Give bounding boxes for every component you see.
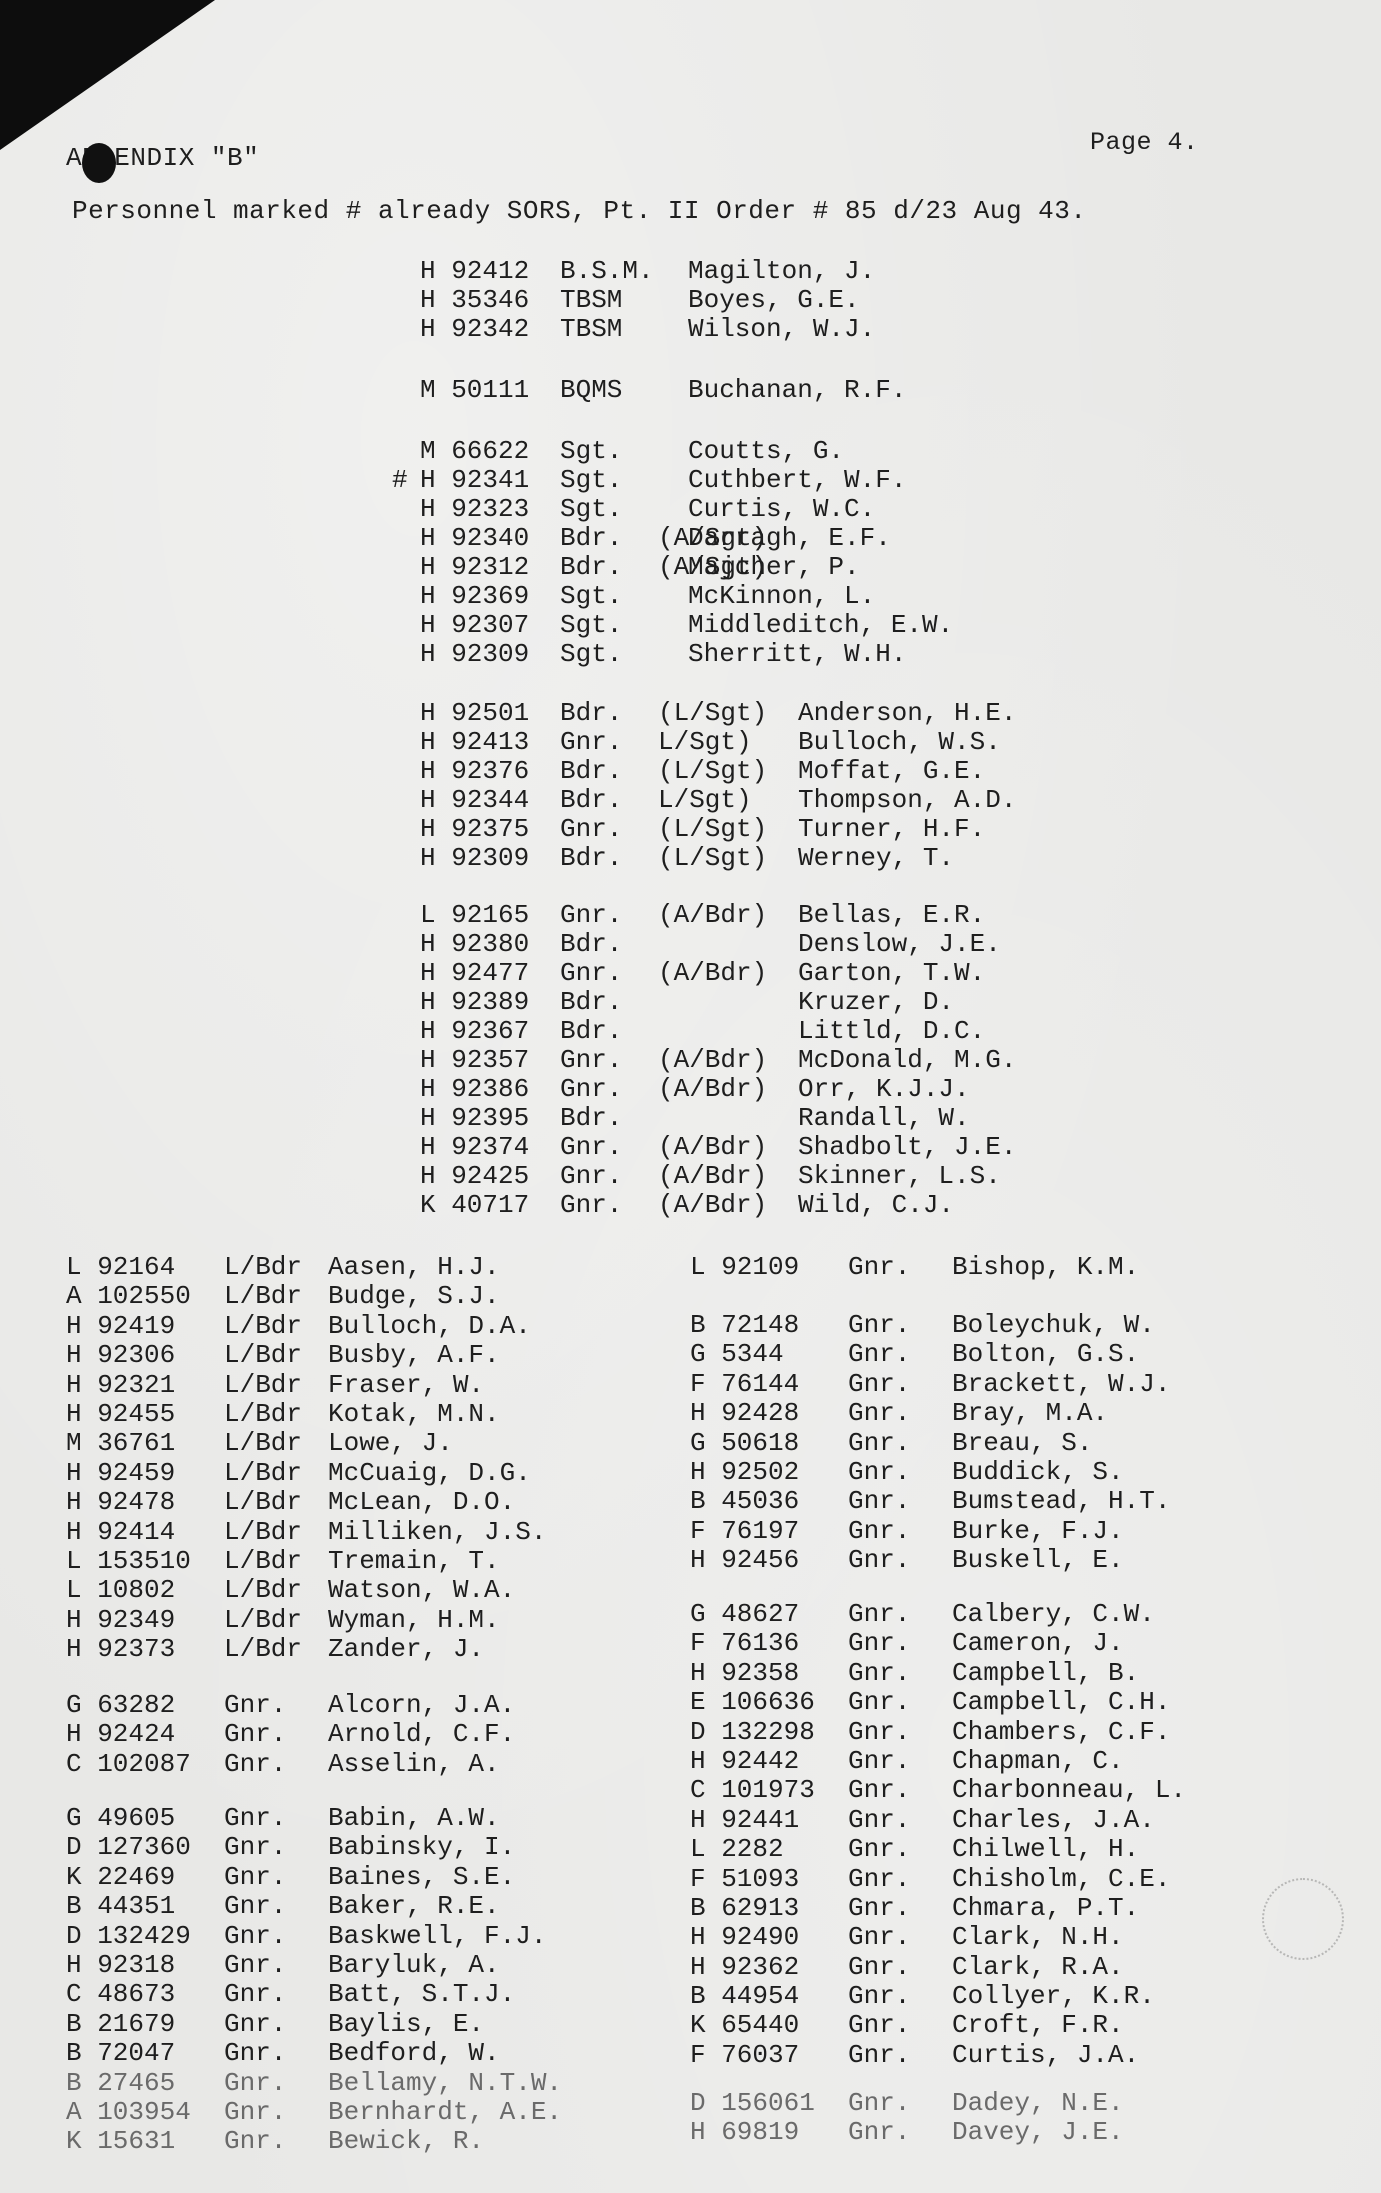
personnel-name: Babin, A.W. <box>328 1803 500 1833</box>
personnel-name: Asselin, A. <box>328 1749 500 1779</box>
personnel-name: Baskwell, F.J. <box>328 1921 546 1951</box>
personnel-reg: H 92312 <box>420 552 529 582</box>
personnel-name: Orr, K.J.J. <box>798 1074 970 1104</box>
personnel-reg: L 92109 <box>690 1252 799 1282</box>
personnel-reg: M 66622 <box>420 436 529 466</box>
personnel-rank: Bdr. <box>560 552 622 582</box>
personnel-rank: L/Bdr <box>224 1575 302 1605</box>
personnel-reg: H 92376 <box>420 756 529 786</box>
personnel-rank: Bdr. <box>560 843 622 873</box>
personnel-acting: (A/Bdr) <box>658 1161 767 1191</box>
personnel-reg: C 102087 <box>66 1749 191 1779</box>
personnel-rank: Sgt. <box>560 465 622 495</box>
page-number: Page 4. <box>1090 128 1199 157</box>
personnel-name: Sherritt, W.H. <box>688 639 906 669</box>
personnel-rank: Gnr. <box>848 1398 910 1428</box>
personnel-reg: F 76144 <box>690 1369 799 1399</box>
personnel-rank: Gnr. <box>848 1893 910 1923</box>
personnel-reg: M 36761 <box>66 1428 175 1458</box>
personnel-reg: H 92309 <box>420 843 529 873</box>
personnel-rank: Gnr. <box>848 1864 910 1894</box>
personnel-reg: H 92419 <box>66 1311 175 1341</box>
personnel-name: Tremain, T. <box>328 1546 500 1576</box>
personnel-acting: (A/Bdr) <box>658 1074 767 1104</box>
personnel-name: Boleychuk, W. <box>952 1310 1155 1340</box>
personnel-reg: H 92380 <box>420 929 529 959</box>
personnel-rank: Gnr. <box>848 1981 910 2011</box>
personnel-rank: Sgt. <box>560 494 622 524</box>
ink-blot <box>82 143 116 183</box>
personnel-name: Anderson, H.E. <box>798 698 1016 728</box>
personnel-name: Skinner, L.S. <box>798 1161 1001 1191</box>
personnel-reg: B 72148 <box>690 1310 799 1340</box>
personnel-rank: Gnr. <box>848 1545 910 1575</box>
personnel-rank: BQMS <box>560 375 622 405</box>
personnel-reg: F 76136 <box>690 1628 799 1658</box>
personnel-name: Dadey, N.E. <box>952 2088 1124 2118</box>
personnel-reg: B 21679 <box>66 2009 175 2039</box>
personnel-rank: Gnr. <box>848 1834 910 1864</box>
personnel-name: Budge, S.J. <box>328 1281 500 1311</box>
personnel-name: Zander, J. <box>328 1634 484 1664</box>
personnel-reg: H 92321 <box>66 1370 175 1400</box>
personnel-mark: # <box>392 465 408 495</box>
personnel-reg: K 22469 <box>66 1862 175 1892</box>
personnel-rank: B.S.M. <box>560 256 654 286</box>
personnel-reg: F 76037 <box>690 2040 799 2070</box>
personnel-name: Wyman, H.M. <box>328 1605 500 1635</box>
personnel-name: Watson, W.A. <box>328 1575 515 1605</box>
personnel-reg: G 49605 <box>66 1803 175 1833</box>
personnel-rank: Gnr. <box>224 2038 286 2068</box>
personnel-reg: H 92309 <box>420 639 529 669</box>
personnel-rank: Gnr. <box>848 1717 910 1747</box>
personnel-name: Middleditch, E.W. <box>688 610 953 640</box>
personnel-rank: Gnr. <box>560 727 622 757</box>
personnel-rank: Gnr. <box>848 1687 910 1717</box>
personnel-name: Garton, T.W. <box>798 958 985 988</box>
personnel-reg: D 156061 <box>690 2088 815 2118</box>
personnel-name: Brackett, W.J. <box>952 1369 1170 1399</box>
personnel-name: McLean, D.O. <box>328 1487 515 1517</box>
personnel-rank: Gnr. <box>848 1457 910 1487</box>
personnel-reg: H 92442 <box>690 1746 799 1776</box>
personnel-reg: H 92477 <box>420 958 529 988</box>
personnel-name: Majcher, P. <box>688 552 860 582</box>
personnel-rank: Bdr. <box>560 1016 622 1046</box>
personnel-reg: H 92374 <box>420 1132 529 1162</box>
personnel-reg: A 102550 <box>66 1281 191 1311</box>
personnel-rank: Gnr. <box>848 1369 910 1399</box>
personnel-acting: (L/Sgt) <box>658 814 767 844</box>
personnel-rank: Gnr. <box>560 900 622 930</box>
personnel-name: Magilton, J. <box>688 256 875 286</box>
personnel-reg: H 92306 <box>66 1340 175 1370</box>
personnel-reg: H 92459 <box>66 1458 175 1488</box>
personnel-reg: H 92425 <box>420 1161 529 1191</box>
personnel-rank: Bdr. <box>560 523 622 553</box>
personnel-reg: H 92386 <box>420 1074 529 1104</box>
personnel-name: Chilwell, H. <box>952 1834 1139 1864</box>
personnel-rank: Gnr. <box>560 958 622 988</box>
personnel-reg: F 51093 <box>690 1864 799 1894</box>
personnel-name: Wilson, W.J. <box>688 314 875 344</box>
personnel-name: Calbery, C.W. <box>952 1599 1155 1629</box>
personnel-rank: L/Bdr <box>224 1252 302 1282</box>
personnel-name: Campbell, B. <box>952 1658 1139 1688</box>
personnel-reg: H 92362 <box>690 1952 799 1982</box>
personnel-rank: L/Bdr <box>224 1340 302 1370</box>
personnel-name: Alcorn, J.A. <box>328 1690 515 1720</box>
personnel-rank: L/Bdr <box>224 1399 302 1429</box>
personnel-rank: Gnr. <box>560 814 622 844</box>
personnel-name: McDonald, M.G. <box>798 1045 1016 1075</box>
personnel-rank: L/Bdr <box>224 1458 302 1488</box>
personnel-name: Milliken, J.S. <box>328 1517 546 1547</box>
personnel-name: Babinsky, I. <box>328 1832 515 1862</box>
personnel-rank: Bdr. <box>560 929 622 959</box>
personnel-rank: L/Bdr <box>224 1370 302 1400</box>
personnel-rank: Gnr. <box>848 1339 910 1369</box>
personnel-reg: G 50618 <box>690 1428 799 1458</box>
personnel-name: Denslow, J.E. <box>798 929 1001 959</box>
personnel-reg: D 132298 <box>690 1717 815 1747</box>
personnel-acting: L/Sgt) <box>658 727 752 757</box>
personnel-name: Chambers, C.F. <box>952 1717 1170 1747</box>
personnel-name: Buskell, E. <box>952 1545 1124 1575</box>
personnel-name: Burke, F.J. <box>952 1516 1124 1546</box>
personnel-rank: Gnr. <box>848 1746 910 1776</box>
personnel-reg: G 5344 <box>690 1339 784 1369</box>
personnel-name: Bedford, W. <box>328 2038 500 2068</box>
personnel-rank: L/Bdr <box>224 1605 302 1635</box>
personnel-rank: L/Bdr <box>224 1281 302 1311</box>
personnel-rank: Gnr. <box>224 1749 286 1779</box>
personnel-name: Buchanan, R.F. <box>688 375 906 405</box>
personnel-reg: H 92344 <box>420 785 529 815</box>
personnel-reg: K 40717 <box>420 1190 529 1220</box>
personnel-name: Chapman, C. <box>952 1746 1124 1776</box>
personnel-reg: H 35346 <box>420 285 529 315</box>
personnel-reg: H 92307 <box>420 610 529 640</box>
personnel-name: Baylis, E. <box>328 2009 484 2039</box>
personnel-name: Bumstead, H.T. <box>952 1486 1170 1516</box>
personnel-rank: Gnr. <box>224 1832 286 1862</box>
personnel-name: Turner, H.F. <box>798 814 985 844</box>
personnel-name: Chisholm, C.E. <box>952 1864 1170 1894</box>
personnel-reg: H 92456 <box>690 1545 799 1575</box>
personnel-rank: Sgt. <box>560 581 622 611</box>
personnel-reg: L 92164 <box>66 1252 175 1282</box>
personnel-rank: Gnr. <box>224 2009 286 2039</box>
personnel-reg: H 92490 <box>690 1922 799 1952</box>
personnel-rank: Gnr. <box>224 1891 286 1921</box>
personnel-reg: L 2282 <box>690 1834 784 1864</box>
personnel-rank: Gnr. <box>848 1658 910 1688</box>
personnel-rank: Gnr. <box>224 1950 286 1980</box>
personnel-reg: H 92455 <box>66 1399 175 1429</box>
personnel-name: Curtis, J.A. <box>952 2040 1139 2070</box>
personnel-name: Bewick, R. <box>328 2126 484 2156</box>
personnel-rank: Gnr. <box>224 1921 286 1951</box>
personnel-reg: H 92357 <box>420 1045 529 1075</box>
personnel-name: Breau, S. <box>952 1428 1092 1458</box>
personnel-reg: H 92369 <box>420 581 529 611</box>
personnel-rank: Gnr. <box>224 1862 286 1892</box>
personnel-reg: H 92441 <box>690 1805 799 1835</box>
personnel-rank: Gnr. <box>848 1252 910 1282</box>
personnel-reg: H 92341 <box>420 465 529 495</box>
personnel-name: Kotak, M.N. <box>328 1399 500 1429</box>
personnel-reg: H 92424 <box>66 1719 175 1749</box>
personnel-name: Coutts, G. <box>688 436 844 466</box>
faded-stamp <box>1262 1878 1344 1960</box>
personnel-rank: Gnr. <box>848 2088 910 2118</box>
personnel-rank: TBSM <box>560 314 622 344</box>
personnel-rank: Gnr. <box>848 1599 910 1629</box>
personnel-acting: (A/Bdr) <box>658 958 767 988</box>
personnel-name: Batt, S.T.J. <box>328 1979 515 2009</box>
personnel-rank: Gnr. <box>224 1979 286 2009</box>
personnel-name: Wild, C.J. <box>798 1190 954 1220</box>
personnel-rank: Sgt. <box>560 610 622 640</box>
personnel-rank: Gnr. <box>224 1719 286 1749</box>
personnel-reg: H 92318 <box>66 1950 175 1980</box>
personnel-reg: D 127360 <box>66 1832 191 1862</box>
personnel-reg: D 132429 <box>66 1921 191 1951</box>
personnel-name: Moffat, G.E. <box>798 756 985 786</box>
personnel-reg: H 92389 <box>420 987 529 1017</box>
personnel-name: Shadbolt, J.E. <box>798 1132 1016 1162</box>
personnel-rank: Gnr. <box>848 1310 910 1340</box>
personnel-acting: (L/Sgt) <box>658 843 767 873</box>
personnel-rank: Gnr. <box>848 1922 910 1952</box>
personnel-acting: (A/Bdr) <box>658 1190 767 1220</box>
personnel-reg: G 63282 <box>66 1690 175 1720</box>
personnel-name: Cameron, J. <box>952 1628 1124 1658</box>
personnel-acting: (L/Sgt) <box>658 756 767 786</box>
personnel-name: Fraser, W. <box>328 1370 484 1400</box>
personnel-rank: Gnr. <box>848 1805 910 1835</box>
personnel-rank: Sgt. <box>560 436 622 466</box>
personnel-name: Baker, R.E. <box>328 1891 500 1921</box>
document-page: APPENDIX "B" Page 4. Personnel marked # … <box>0 0 1381 2193</box>
personnel-rank: Gnr. <box>848 1486 910 1516</box>
personnel-reg: H 69819 <box>690 2117 799 2147</box>
personnel-rank: Bdr. <box>560 785 622 815</box>
personnel-name: Darragh, E.F. <box>688 523 891 553</box>
personnel-rank: Gnr. <box>560 1132 622 1162</box>
personnel-rank: Gnr. <box>848 2010 910 2040</box>
personnel-name: McKinnon, L. <box>688 581 875 611</box>
personnel-reg: C 48673 <box>66 1979 175 2009</box>
personnel-rank: Gnr. <box>848 1516 910 1546</box>
personnel-reg: M 50111 <box>420 375 529 405</box>
personnel-name: Randall, W. <box>798 1103 970 1133</box>
personnel-acting: (L/Sgt) <box>658 698 767 728</box>
personnel-acting: (A/Bdr) <box>658 1132 767 1162</box>
personnel-name: Busby, A.F. <box>328 1340 500 1370</box>
personnel-name: Croft, F.R. <box>952 2010 1124 2040</box>
personnel-name: Boyes, G.E. <box>688 285 860 315</box>
personnel-rank: Bdr. <box>560 1103 622 1133</box>
personnel-rank: Gnr. <box>848 1952 910 1982</box>
personnel-reg: F 76197 <box>690 1516 799 1546</box>
personnel-name: Thompson, A.D. <box>798 785 1016 815</box>
personnel-reg: B 72047 <box>66 2038 175 2068</box>
personnel-reg: L 92165 <box>420 900 529 930</box>
personnel-acting: (A/Bdr) <box>658 1045 767 1075</box>
personnel-rank: Bdr. <box>560 756 622 786</box>
personnel-rank: Gnr. <box>848 2040 910 2070</box>
personnel-reg: H 92342 <box>420 314 529 344</box>
personnel-name: Curtis, W.C. <box>688 494 875 524</box>
personnel-rank: Gnr. <box>224 2126 286 2156</box>
personnel-name: Chmara, P.T. <box>952 1893 1139 1923</box>
personnel-reg: H 92367 <box>420 1016 529 1046</box>
personnel-name: Buddick, S. <box>952 1457 1124 1487</box>
personnel-rank: Gnr. <box>560 1161 622 1191</box>
personnel-name: Bellamy, N.T.W. <box>328 2068 562 2098</box>
personnel-reg: B 44351 <box>66 1891 175 1921</box>
personnel-name: Lowe, J. <box>328 1428 453 1458</box>
personnel-name: Clark, R.A. <box>952 1952 1124 1982</box>
personnel-reg: A 103954 <box>66 2097 191 2127</box>
personnel-name: Kruzer, D. <box>798 987 954 1017</box>
personnel-rank: TBSM <box>560 285 622 315</box>
personnel-rank: Gnr. <box>560 1045 622 1075</box>
personnel-rank: Gnr. <box>560 1074 622 1104</box>
personnel-name: McCuaig, D.G. <box>328 1458 531 1488</box>
personnel-reg: G 48627 <box>690 1599 799 1629</box>
personnel-name: Cuthbert, W.F. <box>688 465 906 495</box>
personnel-name: Collyer, K.R. <box>952 1981 1155 2011</box>
personnel-reg: H 92502 <box>690 1457 799 1487</box>
personnel-reg: H 92373 <box>66 1634 175 1664</box>
personnel-reg: H 92375 <box>420 814 529 844</box>
personnel-name: Bellas, E.R. <box>798 900 985 930</box>
sors-note: Personnel marked # already SORS, Pt. II … <box>72 196 1086 226</box>
personnel-rank: L/Bdr <box>224 1311 302 1341</box>
personnel-reg: K 15631 <box>66 2126 175 2156</box>
personnel-rank: L/Bdr <box>224 1634 302 1664</box>
personnel-rank: Gnr. <box>224 1690 286 1720</box>
personnel-rank: Gnr. <box>848 1775 910 1805</box>
personnel-reg: B 62913 <box>690 1893 799 1923</box>
personnel-rank: L/Bdr <box>224 1428 302 1458</box>
personnel-reg: L 10802 <box>66 1575 175 1605</box>
personnel-reg: C 101973 <box>690 1775 815 1805</box>
personnel-rank: Gnr. <box>224 2097 286 2127</box>
personnel-name: Davey, J.E. <box>952 2117 1124 2147</box>
personnel-rank: Gnr. <box>224 2068 286 2098</box>
personnel-name: Littld, D.C. <box>798 1016 985 1046</box>
personnel-name: Bulloch, D.A. <box>328 1311 531 1341</box>
personnel-name: Werney, T. <box>798 843 954 873</box>
personnel-rank: Gnr. <box>848 1628 910 1658</box>
personnel-rank: Sgt. <box>560 639 622 669</box>
personnel-rank: L/Bdr <box>224 1517 302 1547</box>
personnel-name: Bishop, K.M. <box>952 1252 1139 1282</box>
personnel-name: Charles, J.A. <box>952 1805 1155 1835</box>
personnel-reg: H 92349 <box>66 1605 175 1635</box>
personnel-reg: H 92358 <box>690 1658 799 1688</box>
personnel-reg: E 106636 <box>690 1687 815 1717</box>
personnel-acting: (A/Bdr) <box>658 900 767 930</box>
personnel-name: Bernhardt, A.E. <box>328 2097 562 2127</box>
personnel-name: Campbell, C.H. <box>952 1687 1170 1717</box>
personnel-rank: Gnr. <box>848 2117 910 2147</box>
personnel-name: Baryluk, A. <box>328 1950 500 1980</box>
personnel-name: Charbonneau, L. <box>952 1775 1186 1805</box>
personnel-name: Arnold, C.F. <box>328 1719 515 1749</box>
personnel-reg: B 44954 <box>690 1981 799 2011</box>
personnel-reg: H 92395 <box>420 1103 529 1133</box>
personnel-rank: Gnr. <box>560 1190 622 1220</box>
personnel-rank: Bdr. <box>560 987 622 1017</box>
personnel-rank: L/Bdr <box>224 1546 302 1576</box>
personnel-rank: Gnr. <box>224 1803 286 1833</box>
personnel-reg: K 65440 <box>690 2010 799 2040</box>
personnel-reg: B 27465 <box>66 2068 175 2098</box>
personnel-reg: H 92501 <box>420 698 529 728</box>
personnel-reg: H 92340 <box>420 523 529 553</box>
personnel-name: Baines, S.E. <box>328 1862 515 1892</box>
personnel-reg: H 92413 <box>420 727 529 757</box>
scan-corner-shadow <box>0 0 215 150</box>
personnel-name: Bolton, G.S. <box>952 1339 1139 1369</box>
personnel-reg: H 92478 <box>66 1487 175 1517</box>
personnel-name: Aasen, H.J. <box>328 1252 500 1282</box>
personnel-reg: H 92428 <box>690 1398 799 1428</box>
personnel-reg: B 45036 <box>690 1486 799 1516</box>
personnel-name: Clark, N.H. <box>952 1922 1124 1952</box>
personnel-rank: Bdr. <box>560 698 622 728</box>
personnel-reg: H 92412 <box>420 256 529 286</box>
personnel-rank: L/Bdr <box>224 1487 302 1517</box>
personnel-name: Bray, M.A. <box>952 1398 1108 1428</box>
personnel-reg: L 153510 <box>66 1546 191 1576</box>
personnel-rank: Gnr. <box>848 1428 910 1458</box>
personnel-name: Bulloch, W.S. <box>798 727 1001 757</box>
personnel-acting: L/Sgt) <box>658 785 752 815</box>
personnel-reg: H 92414 <box>66 1517 175 1547</box>
personnel-reg: H 92323 <box>420 494 529 524</box>
